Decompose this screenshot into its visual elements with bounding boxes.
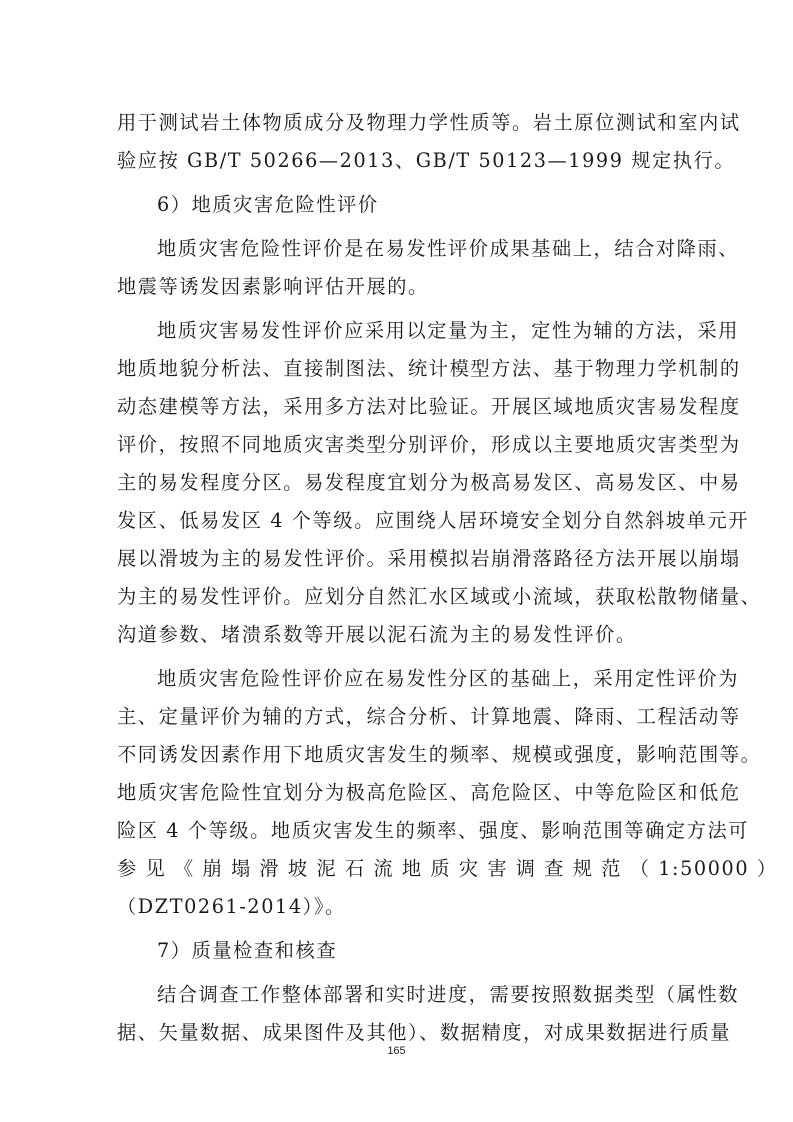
text-line: 险区 4 个等级。地质灾害发生的频率、强度、影响范围等确定方法可 [117,816,675,846]
text-line: 沟道参数、堵溃系数等开展以泥石流为主的易发性评价。 [117,620,675,650]
section-heading: 6）地质灾害危险性评价 [117,190,675,220]
text-line: 地质灾害危险性宜划分为极高危险区、高危险区、中等危险区和低危 [117,778,675,808]
text-line: 为主的易发性评价。应划分自然汇水区域或小流域，获取松散物储量、 [117,582,675,612]
text-line: 展以滑坡为主的易发性评价。采用模拟岩崩滑落路径方法开展以崩塌 [117,544,675,574]
text-line: 发区、低易发区 4 个等级。应围绕人居环境安全划分自然斜坡单元开 [117,506,675,536]
section-heading: 7）质量检查和核查 [117,936,675,966]
text-line: 地质灾害易发性评价应采用以定量为主，定性为辅的方法，采用 [117,316,675,346]
page-number: 165 [0,1045,793,1057]
text-line: 不同诱发因素作用下地质灾害发生的频率、规模或强度，影响范围等。 [117,740,675,770]
text-line: 地质灾害危险性评价是在易发性评价成果基础上，结合对降雨、 [117,234,675,264]
text-line: 动态建模等方法，采用多方法对比验证。开展区域地质灾害易发程度 [117,392,675,422]
text-line: 主、定量评价为辅的方式，综合分析、计算地震、降雨、工程活动等 [117,702,675,732]
text-line: （DZT0261-2014）》。 [117,892,675,922]
text-line: 结合调查工作整体部署和实时进度，需要按照数据类型（属性数 [117,980,675,1010]
text-line: 验应按 GB/T 50266—2013、GB/T 50123—1999 规定执行… [117,146,675,176]
text-line: 地震等诱发因素影响评估开展的。 [117,272,675,302]
text-line: 地质灾害危险性评价应在易发性分区的基础上，采用定性评价为 [117,664,675,694]
text-line: 主的易发程度分区。易发程度宜划分为极高易发区、高易发区、中易 [117,468,675,498]
text-line: 参 见 《 崩 塌 滑 坡 泥 石 流 地 质 灾 害 调 查 规 范 （ 1:… [117,854,675,884]
text-line: 用于测试岩土体物质成分及物理力学性质等。岩土原位测试和室内试 [117,108,675,138]
text-line: 地质地貌分析法、直接制图法、统计模型方法、基于物理力学机制的 [117,354,675,384]
text-line: 评价，按照不同地质灾害类型分别评价，形成以主要地质灾害类型为 [117,430,675,460]
text-line: 据、矢量数据、成果图件及其他）、数据精度，对成果数据进行质量 [117,1018,675,1048]
